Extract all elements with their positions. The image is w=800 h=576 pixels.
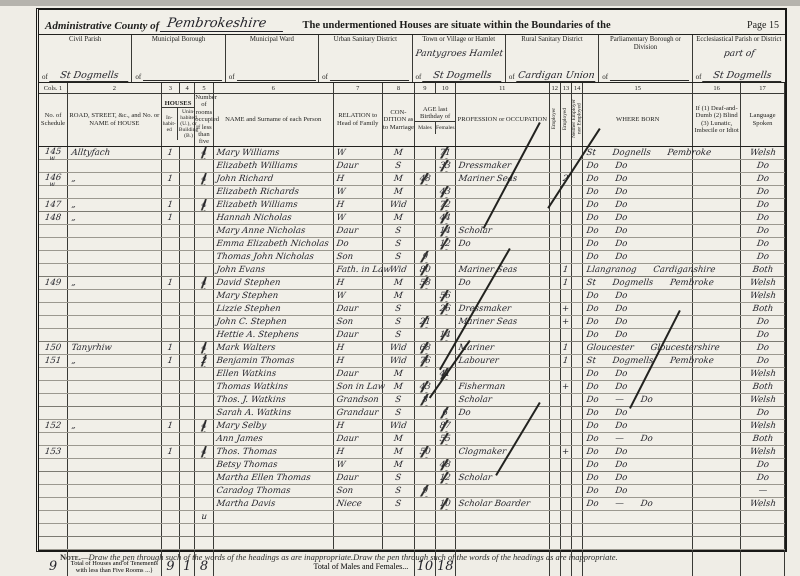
cell-employed — [560, 523, 571, 536]
cell-occupation: Fisherman — [455, 380, 550, 393]
cell-employer — [549, 432, 560, 445]
col-number-8: 8 — [382, 83, 415, 94]
cell-rooms: 4 — [194, 341, 214, 354]
cell-language: Do — [740, 198, 786, 211]
cell-inhabited — [161, 263, 179, 276]
cell-relation: Son — [332, 315, 382, 328]
cell-condition: S — [381, 302, 415, 315]
cell-occupation: Clogmaker — [455, 445, 550, 458]
cell-schedule — [39, 484, 68, 497]
cell-employer — [549, 211, 560, 224]
col-number-5: 5 — [195, 83, 213, 94]
cell-rooms — [195, 302, 213, 315]
cell-language: Do — [740, 328, 786, 341]
district-of: of — [416, 73, 422, 81]
cell-road: „ — [67, 198, 162, 211]
district-label: Ecclesiastical Parish or District — [695, 36, 783, 44]
cell-uninhabited — [180, 276, 195, 289]
cell-infirm — [693, 198, 741, 211]
table-row: Ellen WatkinsDaurM41Do DoWelsh — [39, 367, 785, 380]
cell-inhabited — [161, 393, 179, 406]
cell-occupation — [455, 419, 549, 432]
cell-inhabited — [161, 185, 179, 198]
cell-road: Alltyfach — [67, 146, 162, 159]
table-row: Thos. J. WatkinsGrandsonS8ScholarDo — Do… — [39, 393, 785, 406]
cell-road — [68, 367, 162, 380]
cell-age-f — [435, 536, 455, 549]
cell-relation: H — [332, 341, 382, 354]
cell-relation: H — [332, 172, 382, 185]
cell-rooms — [195, 159, 213, 172]
district-of: of — [696, 73, 702, 81]
cell-name: Caradog Thomas — [212, 484, 334, 497]
table-row: John EvansFath. in LawWid80Mariner Seas1… — [39, 263, 785, 276]
cell-employed — [560, 198, 571, 211]
cell-age-m — [415, 211, 435, 224]
col-language: Language Spoken — [741, 94, 785, 147]
cell-relation: Grandaur — [332, 406, 382, 419]
cell-age-m — [415, 419, 435, 432]
cell-uninhabited — [180, 146, 195, 159]
cell-age-f — [435, 510, 455, 523]
cell-age-m — [415, 289, 435, 302]
cell-inhabited: 1 — [160, 354, 180, 367]
table-row: Elizabeth RichardsWM43Do DoDo — [39, 185, 785, 198]
cell-uninhabited — [180, 536, 195, 549]
cell-neither — [572, 367, 583, 380]
cell-name — [213, 523, 333, 536]
cell-rooms: 4 — [194, 276, 214, 289]
district-label: Municipal Ward — [228, 36, 316, 44]
cell-condition — [382, 536, 415, 549]
cell-employed — [560, 250, 571, 263]
cell-schedule — [39, 406, 68, 419]
cell-employed — [560, 419, 571, 432]
cell-born — [583, 523, 693, 536]
cell-neither — [572, 289, 583, 302]
cell-neither — [572, 250, 583, 263]
cell-name: John Evans — [212, 263, 334, 276]
cell-occupation: Mariner — [455, 341, 550, 354]
cell-name: John C. Stephen — [212, 315, 334, 328]
cell-employed — [560, 458, 571, 471]
cell-neither — [572, 419, 583, 432]
cell-employer — [549, 289, 560, 302]
cell-infirm — [693, 523, 741, 536]
cell-born: Do Do — [582, 445, 694, 458]
cell-name: Ellen Watkins — [212, 367, 334, 380]
table-row — [39, 523, 785, 536]
cell-neither — [572, 380, 583, 393]
cell-language: Welsh — [740, 146, 786, 159]
cell-age-m — [415, 146, 435, 159]
cell-employed: 1 — [560, 341, 573, 354]
cell-age-f — [435, 523, 455, 536]
cell-inhabited — [161, 315, 179, 328]
cell-age-m — [415, 224, 435, 237]
cell-schedule — [39, 432, 68, 445]
cell-inhabited — [161, 510, 179, 523]
cell-born: Do — Do — [582, 497, 694, 510]
col-number-4: 4 — [180, 83, 195, 94]
cell-road — [68, 302, 162, 315]
cell-inhabited: 1 — [160, 172, 180, 185]
cell-infirm — [693, 367, 741, 380]
cell-road — [68, 471, 162, 484]
cell-inhabited — [161, 380, 179, 393]
district-box-4: Town or Village or HamletPantygroes Haml… — [413, 35, 506, 82]
cell-rooms — [195, 458, 213, 471]
cell-born: Do Do — [582, 484, 694, 497]
cell-language — [741, 510, 785, 523]
cell-age-m — [415, 367, 435, 380]
schedule-note: w — [38, 183, 66, 185]
cell-condition: Wid — [381, 198, 415, 211]
cell-language: Both — [740, 302, 786, 315]
cell-neither — [572, 471, 583, 484]
col-relation: RELATION to Head of Family — [333, 94, 382, 147]
cell-uninhabited — [180, 406, 195, 419]
cell-schedule — [39, 224, 68, 237]
cell-relation: Do — [332, 237, 382, 250]
cell-inhabited: 1 — [160, 146, 180, 159]
cell-condition: Wid — [381, 419, 415, 432]
cell-language: Welsh — [740, 419, 786, 432]
cell-uninhabited — [180, 445, 195, 458]
district-box-2: Municipal Wardof — [226, 35, 319, 82]
cell-employed — [560, 146, 571, 159]
cell-infirm — [693, 458, 741, 471]
cell-occupation: Do — [455, 406, 550, 419]
district-of: of — [42, 73, 48, 81]
cell-rooms: 4 — [194, 419, 214, 432]
cell-infirm — [693, 497, 741, 510]
cell-name: Mark Walters — [212, 341, 334, 354]
cell-road — [68, 536, 162, 549]
cell-language: Do — [740, 458, 786, 471]
cell-born: Do — Do — [582, 393, 694, 406]
cell-road: „ — [67, 419, 162, 432]
cell-infirm — [693, 328, 741, 341]
cell-neither — [572, 146, 583, 159]
cell-rooms: 4 — [194, 198, 214, 211]
col-number-11: 11 — [455, 83, 549, 94]
cell-age-m: 48 — [414, 172, 436, 185]
cell-schedule: 149 — [38, 276, 68, 289]
cell-rooms — [195, 289, 213, 302]
cell-name: Sarah A. Watkins — [212, 406, 334, 419]
cell-rooms — [195, 224, 213, 237]
cell-road: „ — [67, 276, 162, 289]
scanned-census-page: Administrative County of Pembrokeshire T… — [0, 0, 800, 576]
cell-infirm — [693, 393, 741, 406]
district-of: of — [509, 73, 515, 81]
cell-neither — [572, 523, 583, 536]
col-houses-group: HOUSES In-habit-ed Unin-habited (U.), or… — [161, 94, 195, 147]
table-row: 149„14David StephenHM58Do1St Dogmells Pe… — [39, 276, 785, 289]
cell-occupation: Labourer — [455, 354, 550, 367]
cell-age-f: 10 — [434, 497, 456, 510]
col-rooms: Number of rooms occupied if less than fi… — [195, 94, 213, 147]
cell-age-m: 9 — [414, 250, 436, 263]
cell-schedule — [39, 393, 68, 406]
cell-uninhabited — [180, 237, 195, 250]
cell-language: Do — [740, 354, 786, 367]
district-band: Civil ParishofSt DogmellsMunicipal Borou… — [39, 35, 785, 83]
col-neither: Neither Employer nor Employed — [572, 94, 583, 147]
cell-name: Martha Ellen Thomas — [212, 471, 334, 484]
page-number: Page 15 — [747, 20, 779, 31]
cell-language: — — [740, 484, 786, 497]
cell-name: Mary Stephen — [212, 289, 334, 302]
cell-rooms — [195, 393, 213, 406]
cell-road — [68, 315, 162, 328]
district-label: Urban Sanitary District — [321, 36, 409, 44]
cell-uninhabited — [180, 185, 195, 198]
cell-born — [583, 510, 693, 523]
cell-employed — [560, 159, 571, 172]
cell-rooms — [195, 367, 213, 380]
cell-occupation — [455, 484, 549, 497]
col-schedule: No. of Schedule — [39, 94, 68, 147]
cell-language: Do — [740, 185, 786, 198]
cell-schedule — [39, 367, 68, 380]
cell-uninhabited — [180, 380, 195, 393]
table-header: Cols. 1234567891011121314151617 No. of S… — [39, 83, 785, 146]
cell-inhabited: 1 — [160, 445, 180, 458]
cell-rooms — [195, 315, 213, 328]
cell-name: Emma Elizabeth Nicholas — [212, 237, 334, 250]
cell-rooms — [195, 328, 213, 341]
col-number-15: 15 — [583, 83, 693, 94]
cell-occupation: Do — [455, 276, 550, 289]
table-row: 148„1Hannah NicholasWM44Do DoDo — [39, 211, 785, 224]
cell-schedule — [39, 471, 68, 484]
cell-occupation: Mariner Seas — [455, 172, 550, 185]
cell-age-f: 26 — [434, 302, 456, 315]
schedule-note: w — [38, 157, 66, 159]
cell-road — [68, 237, 162, 250]
cell-rooms — [195, 406, 213, 419]
cell-name: John Richard — [212, 172, 334, 185]
cell-neither — [572, 315, 583, 328]
cell-condition: S — [381, 237, 415, 250]
cell-infirm — [693, 224, 741, 237]
cell-name: Mary Anne Nicholas — [212, 224, 334, 237]
cell-relation: W — [332, 185, 382, 198]
cell-uninhabited — [180, 328, 195, 341]
cell-road — [68, 263, 162, 276]
col-number-7: 7 — [333, 83, 382, 94]
cell-rooms — [195, 380, 213, 393]
cell-inhabited — [161, 237, 179, 250]
cell-age-m: 58 — [414, 276, 436, 289]
cell-uninhabited — [180, 159, 195, 172]
cell-infirm — [693, 159, 741, 172]
cell-occupation: Do — [455, 237, 550, 250]
cell-occupation — [455, 367, 549, 380]
cell-condition: S — [381, 484, 415, 497]
cell-born: Do Do — [582, 185, 694, 198]
cell-inhabited — [161, 523, 179, 536]
cell-rooms — [195, 432, 213, 445]
cell-condition: S — [381, 497, 415, 510]
cell-language: Welsh — [740, 445, 786, 458]
cell-infirm — [693, 419, 741, 432]
cell-employer — [549, 159, 560, 172]
col-where-born: WHERE BORN — [583, 94, 693, 147]
cell-neither — [572, 393, 583, 406]
cell-employer — [549, 328, 560, 341]
district-value-handwritten — [610, 80, 689, 81]
census-table: Cols. 1234567891011121314151617 No. of S… — [39, 83, 785, 576]
cell-employer — [549, 250, 560, 263]
district-of: of — [229, 73, 235, 81]
cell-neither — [572, 445, 583, 458]
cell-age-m — [415, 302, 435, 315]
cell-born: Do Do — [582, 250, 694, 263]
cell-road — [68, 484, 162, 497]
cell-name — [213, 510, 333, 523]
cell-road — [68, 250, 162, 263]
cell-born: Do Do — [582, 172, 694, 185]
district-value-handwritten: St Dogmells — [423, 71, 503, 82]
cell-uninhabited — [180, 458, 195, 471]
cell-rooms: 4 — [194, 146, 214, 159]
cell-schedule: 153 — [38, 445, 68, 458]
cell-schedule: 145w — [38, 146, 68, 159]
cell-uninhabited — [180, 523, 195, 536]
cell-employer — [549, 185, 560, 198]
cell-uninhabited — [180, 367, 195, 380]
cell-condition: S — [381, 328, 415, 341]
cell-age-m: 43 — [414, 380, 436, 393]
cell-condition: S — [381, 315, 415, 328]
cell-inhabited: 1 — [160, 341, 180, 354]
cell-condition: Wid — [381, 263, 415, 276]
cell-language: Both — [740, 263, 786, 276]
cell-uninhabited — [180, 302, 195, 315]
cell-employed — [560, 224, 571, 237]
cell-neither — [572, 172, 583, 185]
cell-schedule — [39, 263, 68, 276]
cell-schedule: 151 — [38, 354, 68, 367]
cell-employer — [549, 523, 560, 536]
table-row: 152„14Mary SelbyHWid87Do DoWelsh — [39, 419, 785, 432]
cell-relation: Daur — [332, 224, 382, 237]
cell-employed — [560, 536, 571, 549]
cell-age-f — [435, 380, 455, 393]
cell-condition — [382, 510, 415, 523]
district-of: of — [322, 73, 328, 81]
cell-relation: H — [332, 419, 382, 432]
table-row: Ann JamesDaurM55Do — DoBoth — [39, 432, 785, 445]
district-label: Rural Sanitary District — [508, 36, 596, 44]
cell-age-f — [435, 341, 455, 354]
cell-name: Thomas John Nicholas — [212, 250, 334, 263]
cell-inhabited — [161, 406, 179, 419]
cell-uninhabited — [180, 341, 195, 354]
cell-neither — [572, 328, 583, 341]
cell-rooms — [195, 536, 213, 549]
cell-age-f: 12 — [434, 471, 456, 484]
cell-age-m — [415, 510, 435, 523]
cell-relation: Son — [332, 484, 382, 497]
cell-age-f: 71 — [434, 146, 456, 159]
cell-condition: Wid — [381, 354, 415, 367]
col-employer: Employer — [549, 94, 560, 147]
cell-neither — [572, 185, 583, 198]
table-row: Martha DavisNieceS10Scholar BoarderDo — … — [39, 497, 785, 510]
cell-schedule — [39, 458, 68, 471]
cell-born: Do — Do — [582, 432, 694, 445]
cell-born: St Dogmells Pembroke — [582, 354, 694, 367]
table-row: 151„12Benjamin ThomasHWid76Labourer1St D… — [39, 354, 785, 367]
cell-relation: H — [332, 354, 382, 367]
cell-road — [68, 406, 162, 419]
cell-age-m — [415, 406, 435, 419]
cell-age-f — [435, 354, 455, 367]
col-occupation: PROFESSION or OCCUPATION — [455, 94, 549, 147]
cell-infirm — [693, 445, 741, 458]
cell-age-f — [435, 315, 455, 328]
cell-language: Welsh — [740, 393, 786, 406]
district-value-handwritten: St Dogmells — [703, 71, 783, 82]
cell-language: Do — [740, 159, 786, 172]
cell-neither — [572, 458, 583, 471]
col-number-16: 16 — [693, 83, 741, 94]
cell-age-f: 12 — [434, 237, 456, 250]
cell-language: Welsh — [740, 289, 786, 302]
cell-language: Both — [740, 432, 786, 445]
cell-born: Do Do — [582, 458, 694, 471]
cell-inhabited: 1 — [160, 276, 180, 289]
cell-language: Do — [740, 172, 786, 185]
cell-condition: M — [381, 458, 415, 471]
cell-occupation — [455, 146, 549, 159]
col-number-13: 13 — [560, 83, 571, 94]
cell-inhabited — [161, 159, 179, 172]
cell-employer — [549, 367, 560, 380]
cell-relation: H — [332, 276, 382, 289]
footer-note: Note.—Draw the pen through such of the w… — [60, 552, 618, 562]
cell-age-m — [415, 471, 435, 484]
cell-occupation: Scholar — [455, 224, 550, 237]
cell-uninhabited — [180, 289, 195, 302]
cell-name — [213, 536, 333, 549]
cell-uninhabited — [180, 250, 195, 263]
col-number-17: 17 — [741, 83, 785, 94]
cell-infirm — [693, 432, 741, 445]
cell-condition: M — [381, 276, 415, 289]
cell-inhabited — [161, 484, 179, 497]
cell-neither — [572, 406, 583, 419]
cell-name: Martha Davis — [212, 497, 334, 510]
col-road: ROAD, STREET, &c., and No. or NAME of HO… — [68, 94, 162, 147]
cell-language — [741, 536, 785, 549]
cell-relation: H — [332, 445, 382, 458]
cell-occupation — [455, 458, 549, 471]
cell-born: Do Do — [582, 198, 694, 211]
district-label: Town or Village or Hamlet — [415, 36, 503, 44]
cell-occupation — [455, 510, 549, 523]
cell-name: Ann James — [212, 432, 334, 445]
cell-infirm — [693, 380, 741, 393]
cell-age-f: 14 — [434, 224, 456, 237]
cell-inhabited — [161, 367, 179, 380]
district-box-0: Civil ParishofSt Dogmells — [39, 35, 132, 82]
district-of: of — [602, 73, 608, 81]
